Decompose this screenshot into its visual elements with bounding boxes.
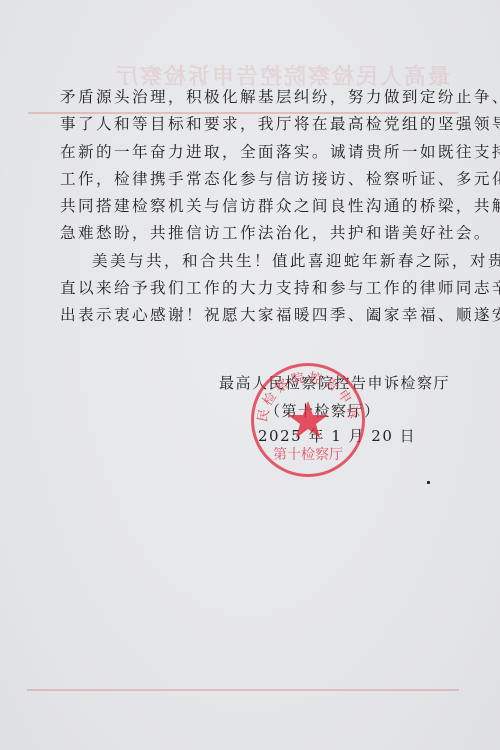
signature-organization: 最高人民检察院控告申诉检察厅 [219, 372, 450, 393]
paragraph-1: 矛盾源头治理，积极化解基层纠纷，努力做到定纷止争、案结 事了人和等目标和要求，我… [60, 84, 436, 248]
footer-red-rule [27, 689, 459, 691]
svg-text:第十检察厅: 第十检察厅 [273, 446, 343, 463]
text-line: 急难愁盼，共推信访工作法治化，共护和谐美好社会。 [60, 220, 436, 247]
text-line: 事了人和等目标和要求，我厅将在最高检党组的坚强领导下， [60, 111, 436, 138]
text-line: 工作，检律携手常态化参与信访接访、检察听证、多元化解， [60, 166, 436, 193]
letter-body: 矛盾源头治理，积极化解基层纠纷，努力做到定纷止争、案结 事了人和等目标和要求，我… [60, 84, 436, 330]
text-line: 共同搭建检察机关与信访群众之间良性沟通的桥梁，共解群众 [60, 193, 436, 220]
text-line: 直以来给予我们工作的大力支持和参与工作的律师同志辛勤付 [60, 275, 436, 302]
text-line: 美美与共，和合共生！值此喜迎蛇年新春之际，对贵所一 [60, 248, 436, 275]
text-line: 在新的一年奋力进取，全面落实。诚请贵所一如既往支持我厅 [60, 139, 436, 166]
paragraph-2: 美美与共，和合共生！值此喜迎蛇年新春之际，对贵所一 直以来给予我们工作的大力支持… [60, 248, 436, 330]
paper-speck [427, 481, 430, 484]
signature-date: 2025 年 1 月 20 日 [258, 425, 416, 446]
signature-sub-name: （第十检察厅） [265, 400, 381, 421]
document-page: 最高人民检察院控告申诉检察厅 矛盾源头治理，积极化解基层纠纷，努力做到定纷止争、… [0, 0, 500, 750]
text-line: 出表示衷心感谢！祝愿大家福暖四季、阖家幸福、顺遂安康！ [60, 302, 436, 329]
text-line: 矛盾源头治理，积极化解基层纠纷，努力做到定纷止争、案结 [60, 84, 436, 111]
